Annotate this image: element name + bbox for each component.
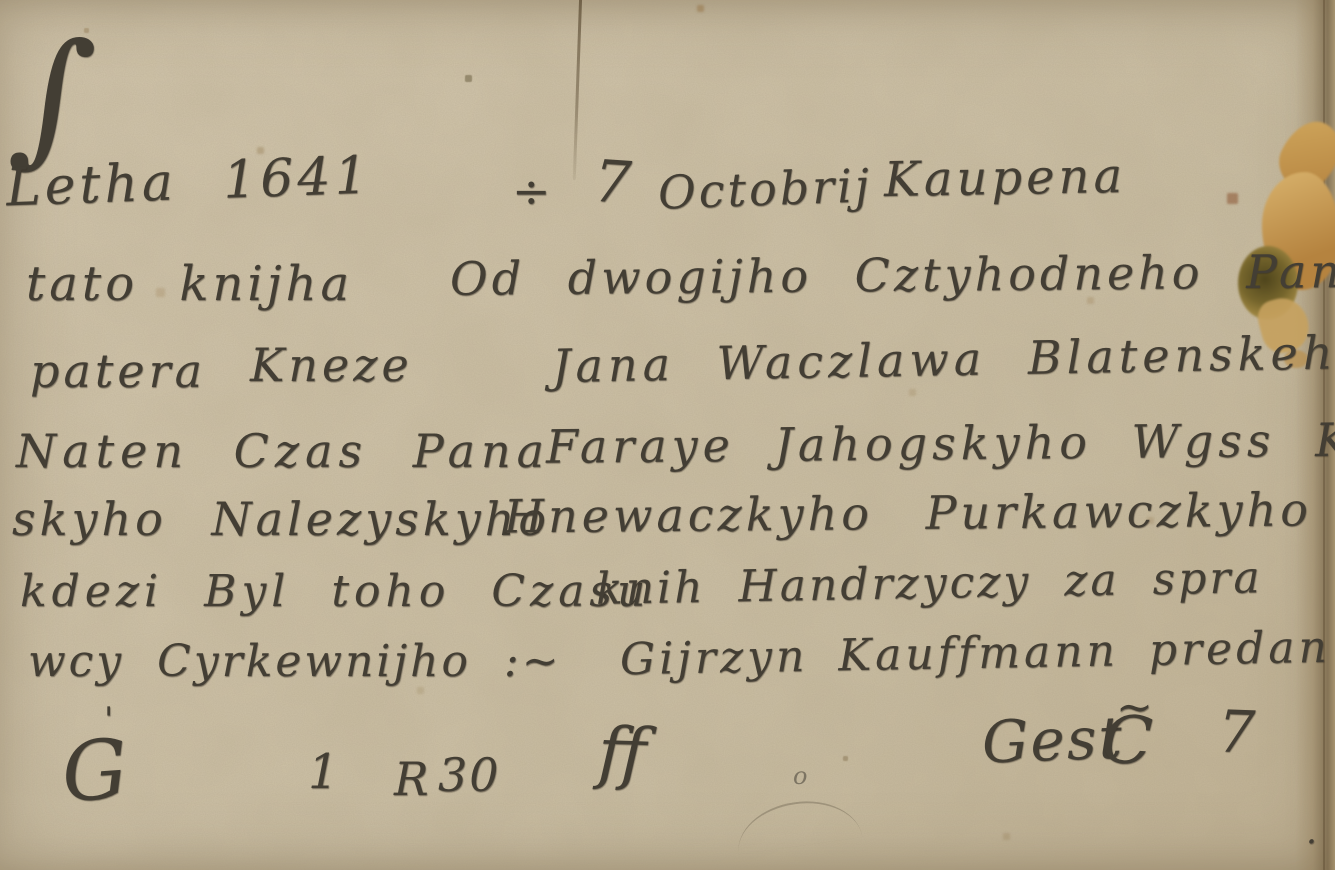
line-1-year: Letha 1641 [5,146,372,219]
line-3-name: Jana Waczlawa Blatenskeho [552,325,1335,393]
paper-specks [0,0,1,1]
price-initial-tick: ' [104,700,113,740]
attestation-number-7: 7 [1217,697,1256,766]
crease-line [573,0,582,180]
line-1-divider-mark: ÷ [512,164,551,218]
line-2-right: Od dwogijho Cztyhodneho Pan [450,244,1335,306]
line-5-right: Hnewaczkyho Purkawczkyho [504,482,1312,543]
line-1-day-number: 7 [592,147,634,217]
price-amount-30: 30 [438,748,501,802]
manuscript-page: ∫ Letha 1641 ÷ 7 Octobrij Kaupena tato k… [0,0,1335,870]
line-6-left: kdezi Byl toho Czasu [20,566,650,617]
line-4-left: Naten Czas Pana [16,424,550,478]
price-small-o: o [793,762,807,790]
line-6-right: knih Handrzyczy za spra [596,552,1263,615]
price-currency-r: R [394,752,429,806]
line-2-left: tato knijha [26,256,353,312]
line-3-word-patera: patera [30,344,206,398]
line-4-right: Faraye Jahogskyho Wgss Kyn [546,412,1335,474]
line-7-right: Gijrzyn Kauffmann predan [620,622,1332,685]
line-1-month: Octobrij [657,158,873,219]
line-7-left: wcy Cyrkewnijho :~ [28,636,562,687]
price-kreuzer-mark: ff [597,713,648,794]
line-1-word-kaupena: Kaupena [884,148,1127,208]
attestation-tilde: ~ [1116,682,1153,733]
ink-dot: . [1306,812,1317,852]
price-amount-1: 1 [308,744,339,800]
line-5-left: skyho Nalezyskyho [12,492,550,546]
pencil-arc-mark [733,794,863,855]
price-initial-g: G [59,722,131,821]
line-3-word-kneze: Kneze [250,338,413,392]
